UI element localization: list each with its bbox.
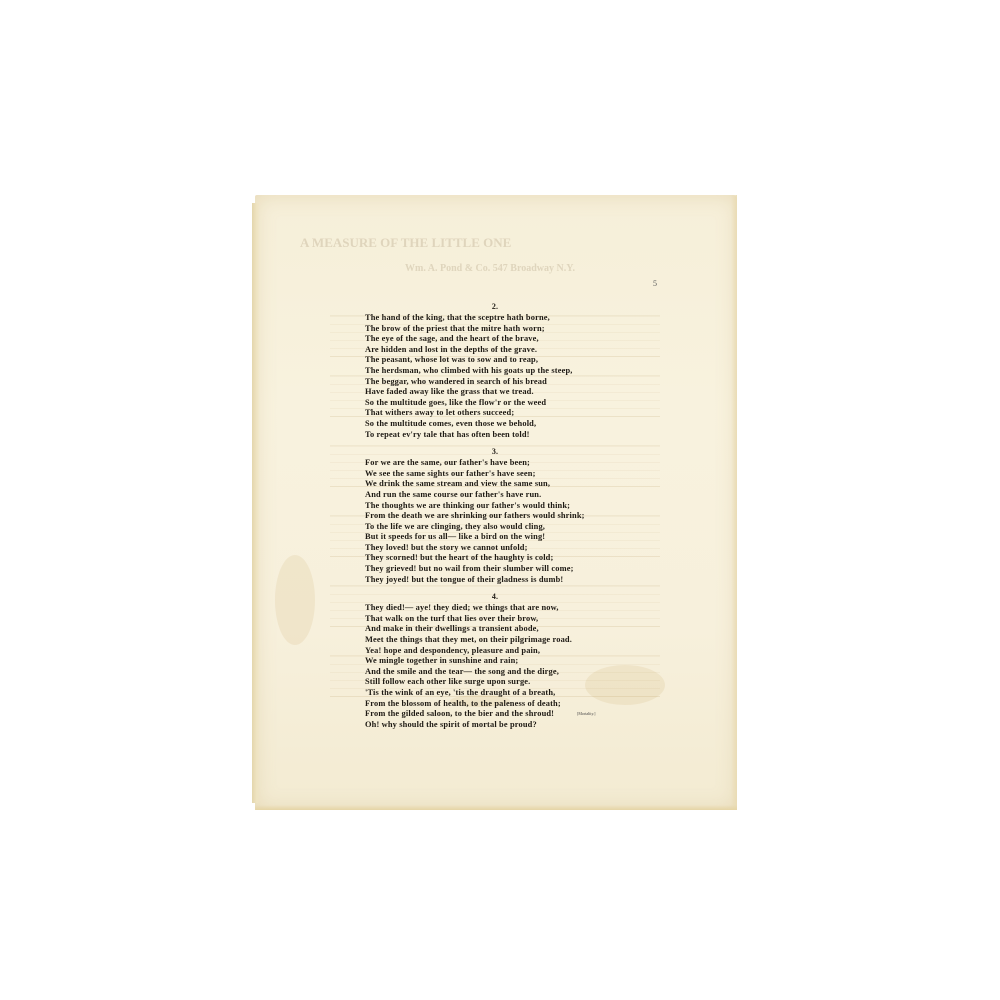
poem-line: Oh! why should the spirit of mortal be p… <box>365 720 605 731</box>
poem-line: The hand of the king, that the sceptre h… <box>365 313 605 324</box>
stanza-2: 2. The hand of the king, that the sceptr… <box>365 302 605 440</box>
poem-line: The eye of the sage, and the heart of th… <box>365 334 605 345</box>
poem-line: The thoughts we are thinking our father'… <box>365 501 605 512</box>
stanza-number: 3. <box>385 447 605 457</box>
poem-line: From the gilded saloon, to the bier and … <box>365 709 605 720</box>
poem-line: Have faded away like the grass that we t… <box>365 387 605 398</box>
page-number: 5 <box>653 279 657 288</box>
poem-line: We mingle together in sunshine and rain; <box>365 656 605 667</box>
poem-line: The brow of the priest that the mitre ha… <box>365 324 605 335</box>
poem-line: Meet the things that they met, on their … <box>365 635 605 646</box>
poem-line: The beggar, who wandered in search of hi… <box>365 377 605 388</box>
poem-line: The peasant, whose lot was to sow and to… <box>365 355 605 366</box>
paper-stain <box>275 555 315 645</box>
poem-line: So the multitude comes, even those we be… <box>365 419 605 430</box>
page-right-edge <box>731 195 737 810</box>
poem-line: But it speeds for us all— like a bird on… <box>365 532 605 543</box>
stanza-4: 4. They died!— aye! they died; we things… <box>365 592 605 730</box>
poem-line: Are hidden and lost in the depths of the… <box>365 345 605 356</box>
poem-line: To repeat ev'ry tale that has often been… <box>365 430 605 441</box>
stanza-number: 4. <box>385 592 605 602</box>
bleed-through-title: A MEASURE OF THE LITTLE ONE <box>300 235 511 251</box>
poem-line: That walk on the turf that lies over the… <box>365 614 605 625</box>
poem-line: So the multitude goes, like the flow'r o… <box>365 398 605 409</box>
poem-line: The herdsman, who climbed with his goats… <box>365 366 605 377</box>
poem-line: And make in their dwellings a transient … <box>365 624 605 635</box>
poem-line: They scorned! but the heart of the haugh… <box>365 553 605 564</box>
poem-line: For we are the same, our father's have b… <box>365 458 605 469</box>
stanza-number: 2. <box>385 302 605 312</box>
imprint-label: [Mortality.] <box>577 711 596 716</box>
poem-line: Yea! hope and despondency, pleasure and … <box>365 646 605 657</box>
poem-line: They died!— aye! they died; we things th… <box>365 603 605 614</box>
page-bottom-edge <box>255 805 737 810</box>
poem-line: And the smile and the tear— the song and… <box>365 667 605 678</box>
poem-line: 'Tis the wink of an eye, 'tis the draugh… <box>365 688 605 699</box>
poem-text: 2. The hand of the king, that the sceptr… <box>365 302 605 737</box>
poem-line: From the death we are shrinking our fath… <box>365 511 605 522</box>
poem-line: And run the same course our father's hav… <box>365 490 605 501</box>
stanza-3: 3. For we are the same, our father's hav… <box>365 447 605 585</box>
poem-line: They joyed! but the tongue of their glad… <box>365 575 605 586</box>
poem-line: To the life we are clinging, they also w… <box>365 522 605 533</box>
bleed-through-subtitle: Wm. A. Pond & Co. 547 Broadway N.Y. <box>405 263 575 274</box>
poem-line: That withers away to let others succeed; <box>365 408 605 419</box>
poem-line: They grieved! but no wail from their slu… <box>365 564 605 575</box>
poem-line: From the blossom of health, to the palen… <box>365 699 605 710</box>
poem-line: Still follow each other like surge upon … <box>365 677 605 688</box>
sheet-music-page: A MEASURE OF THE LITTLE ONE Wm. A. Pond … <box>255 195 737 810</box>
page-left-edge <box>252 203 260 803</box>
poem-line: They loved! but the story we cannot unfo… <box>365 543 605 554</box>
poem-line: We see the same sights our father's have… <box>365 469 605 480</box>
poem-line: We drink the same stream and view the sa… <box>365 479 605 490</box>
